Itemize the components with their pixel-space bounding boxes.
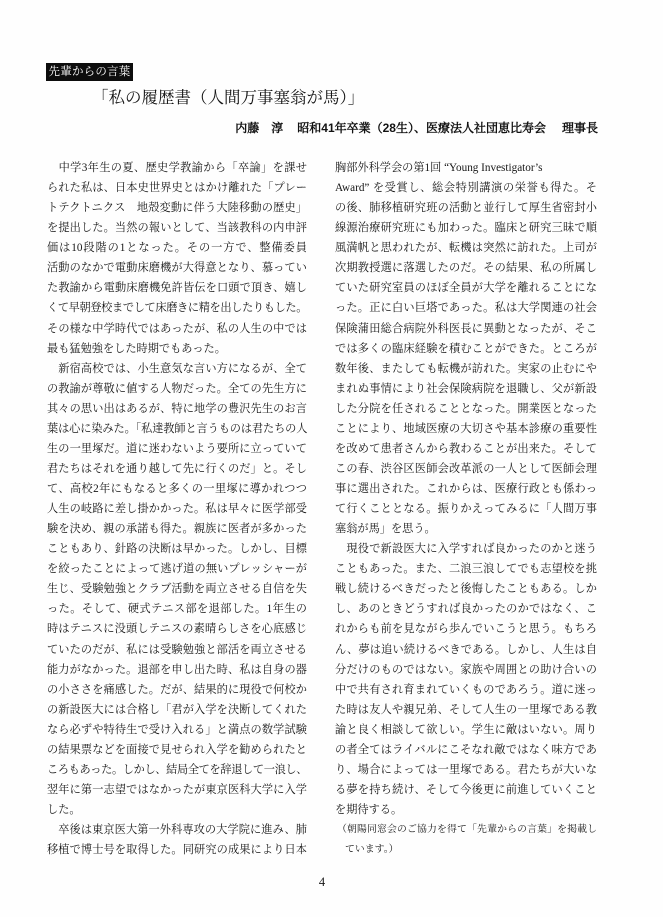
text-line: れからも前を見ながら歩んでいこうと思う。もちろ [335, 619, 597, 639]
text-line: 最も猛勉強をした時期でもあった。 [47, 339, 307, 359]
text-line: 生の一里塚だ。道に迷わないよう要所に立っていて [47, 439, 307, 459]
author-byline: 内藤 淳昭和41年卒業（28生）、医療法人社団恵比寿会理事長 [235, 119, 598, 137]
text-line: 新宿高校では、小生意気な言い方になるが、全て [47, 359, 307, 379]
paragraph: 新宿高校では、小生意気な言い方になるが、全て の教諭が尊敬に値する人物だった。全… [47, 359, 307, 820]
paragraph: 胸部外科学会の第1回 “Young Investigator’s Award” … [335, 158, 597, 539]
text-line: 次期教授選に落選したのだ。その結果、私の所属し [335, 258, 597, 278]
text-line: 卒後は東京医大第一外科専攻の大学院に進み、肺 [47, 820, 307, 840]
page-number: 4 [310, 873, 334, 891]
text-line: 現役で新設医大に入学すれば良かったのかと迷う [335, 539, 597, 559]
text-line: 中学3年生の夏、歴史学教諭から「卒論」を課せ [47, 158, 307, 178]
text-line: 線源治療研究班にも加わった。臨床と研究三昧で順 [335, 218, 597, 238]
text-line: この春、渋谷区医師会改革派の一人として医師会理 [335, 459, 597, 479]
text-line: ていた研究室員のほぼ全員が大学を離れることにな [335, 278, 597, 298]
footnote-line: ています。） [335, 840, 597, 860]
text-line: られた私は、日本史世界史とはかけ離れた「プレー [47, 178, 307, 198]
paragraph: 卒後は東京医大第一外科専攻の大学院に進み、肺 移植で博士号を取得した。同研究の成… [47, 820, 307, 860]
author-graduation: 昭和41年卒業（28生）、 [297, 121, 426, 135]
text-line: なら必ずや特待生で受け入れる」と満点の数学試験 [47, 720, 307, 740]
text-line: て、高校2年にもなると多くの一里塚に導かれつつ [47, 479, 307, 499]
text-line: の新設医大には合格し「君が入学を決断してくれた [47, 700, 307, 720]
text-line: 保険蒲田総合病院外科医長に異動となったが、そこ [335, 319, 597, 339]
text-line: を改めて患者さんから教わることが出来た。そして [335, 439, 597, 459]
text-line: 価は10段階の1となった。その一方で、整備委員 [47, 238, 307, 258]
text-line: 戦し続けるべきだったと後悔したこともある。しか [335, 579, 597, 599]
text-line: 諭と良く相談して欲しい。学生に敵はいない。周り [335, 720, 597, 740]
text-line: ん、夢は追い続けるべきである。しかし、人生は自 [335, 640, 597, 660]
text-line: 能力がなかった。退部を申し出た時、私は自身の器 [47, 660, 307, 680]
text-line: ころもあった。しかし、結局全てを辞退して一浪し、 [47, 760, 307, 780]
section-label: 先輩からの言葉 [46, 63, 133, 81]
document-page: 先輩からの言葉 「私の履歴書（人間万事塞翁が馬）」 内藤 淳昭和41年卒業（28… [0, 0, 663, 917]
text-line: の小ささを痛感した。だが、結果的に現役で何校か [47, 680, 307, 700]
text-line: ていたのだが、私には受験勉強と部活を両立させる [47, 640, 307, 660]
body-column-right: 胸部外科学会の第1回 “Young Investigator’s Award” … [335, 158, 597, 860]
text-line: 移植で博士号を取得した。同研究の成果により日本 [47, 840, 307, 860]
text-line: 中で共有され育まれていくものであろう。道に迷っ [335, 680, 597, 700]
text-line: 事に選出された。これからは、医療行政とも係わっ [335, 479, 597, 499]
text-line: 活動のなかで電動床磨機が大得意となり、慕ってい [47, 258, 307, 278]
text-line: した分院を任されることとなった。開業医となった [335, 399, 597, 419]
text-line: その様な中学時代ではあったが、私の人生の中では [47, 319, 307, 339]
text-line: 分だけのものではない。家族や周囲との助け合いの [335, 660, 597, 680]
text-line: し、あのときどうすれば良かったのかではなく、こ [335, 599, 597, 619]
text-line: 生じ、受験勉強とクラブ活動を両立させる自信を失 [47, 579, 307, 599]
text-line: 人生の岐路に差し掛かかった。私は早々に医学部受 [47, 499, 307, 519]
text-line: の結果票などを面接で見せられ入学を勧められたと [47, 740, 307, 760]
footnote-line: （朝陽同窓会のご協力を得て「先輩からの言葉」を掲載し [335, 820, 597, 840]
text-line: くて早朝登校までして床磨きに精を出したりもした。 [47, 298, 307, 318]
text-line: を提出した。当然の報いとして、当該教科の内申評 [47, 218, 307, 238]
text-line: 数年後、またしても転機が訪れた。実家の止むにや [335, 359, 597, 379]
text-line: トテクトニクス 地殻変動に伴う大陸移動の歴史」 [47, 198, 307, 218]
text-line: 塞翁が馬」を思う。 [335, 519, 597, 539]
text-line: の後、肺移植研究班の活動と並行して厚生省密封小 [335, 198, 597, 218]
text-line: Award” を受賞し、総会特別講演の栄誉も得た。そ [335, 178, 597, 198]
text-line: を期待する。 [335, 800, 597, 820]
author-position: 理事長 [562, 121, 598, 135]
text-line: た時は友人や親兄弟、そして人生の一里塚である教 [335, 700, 597, 720]
text-line: まれぬ事情により社会保険病院を退職し、父が新設 [335, 379, 597, 399]
text-line: 君たちはそれを通り越して先に行くのだ」と。そし [47, 459, 307, 479]
text-line: 翌年に第一志望ではなかったが東京医科大学に入学 [47, 780, 307, 800]
text-line: 験を決め、親の承諾も得た。親族に医者が多かった [47, 519, 307, 539]
paragraph: 現役で新設医大に入学すれば良かったのかと迷う こともあった。また、二浪三浪してで… [335, 539, 597, 820]
paragraph: 中学3年生の夏、歴史学教諭から「卒論」を課せ られた私は、日本史世界史とはかけ離… [47, 158, 307, 359]
text-line: 葉は心に染みた。「私達教師と言うものは君たちの人 [47, 419, 307, 439]
author-affiliation: 医療法人社団恵比寿会 [426, 121, 546, 135]
body-column-left: 中学3年生の夏、歴史学教諭から「卒論」を課せ られた私は、日本史世界史とはかけ離… [47, 158, 307, 860]
text-line: こともあり、針路の決断は早かった。しかし、目標 [47, 539, 307, 559]
article-title: 「私の履歴書（人間万事塞翁が馬）」 [92, 86, 364, 110]
text-line: の者全てはライバルにこそなれ敵ではなく味方であ [335, 740, 597, 760]
footnote: （朝陽同窓会のご協力を得て「先輩からの言葉」を掲載し ています。） [335, 820, 597, 860]
text-line: を絞ったことによって逃げ道の無いプレッシャーが [47, 559, 307, 579]
text-line: った。正に白い巨塔であった。私は大学関連の社会 [335, 298, 597, 318]
text-line: 風満帆と思われたが、転機は突然に訪れた。上司が [335, 238, 597, 258]
text-line: た教諭から電動床磨機免許皆伝を口頭で頂き、嬉し [47, 278, 307, 298]
text-line: こともあった。また、二浪三浪してでも志望校を挑 [335, 559, 597, 579]
author-name: 内藤 淳 [235, 121, 283, 135]
text-line: 胸部外科学会の第1回 “Young Investigator’s [335, 158, 597, 178]
text-line: り、場合によっては一里塚である。君たちが大いな [335, 760, 597, 780]
text-line: った。そして、硬式テニス部を退部した。1年生の [47, 599, 307, 619]
text-line: した。 [47, 800, 307, 820]
text-line: て行くこととなる。振りかえってみるに「人間万事 [335, 499, 597, 519]
text-line: 時はテニスに没頭しテニスの素晴らしさを心底感じ [47, 619, 307, 639]
text-line: では多くの臨床経験を積むことができた。ところが [335, 339, 597, 359]
text-line: ことにより、地域医療の大切さや基本診療の重要性 [335, 419, 597, 439]
text-line: の教諭が尊敬に値する人物だった。全ての先生方に [47, 379, 307, 399]
text-line: 其々の思い出はあるが、特に地学の豊沢先生のお言 [47, 399, 307, 419]
text-line: る夢を持ち続け、そして今後更に前進していくこと [335, 780, 597, 800]
